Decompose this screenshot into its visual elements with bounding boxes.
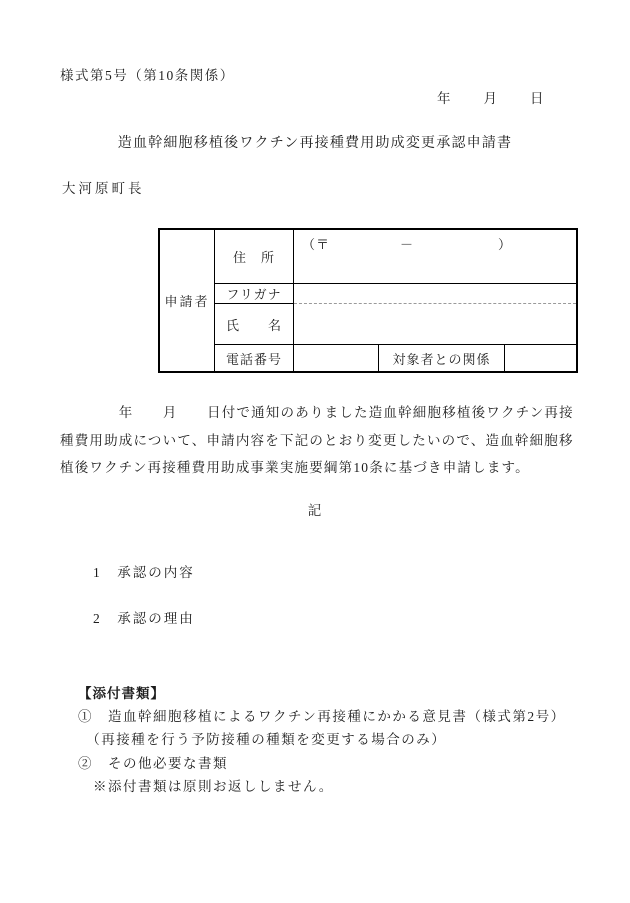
applicant-table: 申請者 住 所 （〒 － ） フリガナ 氏 名 電話番号 対象者との関係 — [158, 228, 578, 373]
ki-heading: 記 — [0, 499, 630, 519]
body-line: 種費用助成について、申請内容を下記のとおり変更したいので、造血幹細胞移 — [60, 427, 574, 455]
furigana-row: フリガナ — [215, 284, 576, 304]
attachment-line: ① 造血幹細胞移植によるワクチン再接種にかかる意見書（様式第2号） — [78, 705, 578, 728]
address-field: （〒 － ） — [294, 230, 576, 283]
name-row: 氏 名 — [215, 304, 576, 345]
phone-field — [294, 345, 379, 371]
phone-label: 電話番号 — [215, 345, 294, 371]
list-item-approval-content: 1 承認の内容 — [93, 561, 195, 581]
phone-row: 電話番号 対象者との関係 — [215, 345, 576, 371]
address-row: 住 所 （〒 － ） — [215, 230, 576, 284]
applicant-group-label: 申請者 — [160, 230, 215, 371]
document-page: 様式第5号（第10条関係） 年 月 日 造血幹細胞移植後ワクチン再接種費用助成変… — [0, 0, 630, 903]
furigana-field — [294, 284, 576, 304]
page-title: 造血幹細胞移植後ワクチン再接種費用助成変更承認申請書 — [0, 132, 630, 152]
attachment-line: ※添付書類は原則お返ししません。 — [78, 775, 578, 798]
body-line: 年 月 日付で通知のありました造血幹細胞移植後ワクチン再接 — [60, 399, 574, 427]
address-label: 住 所 — [215, 230, 294, 283]
name-label: 氏 名 — [215, 304, 294, 344]
date-line: 年 月 日 — [437, 87, 546, 107]
form-number: 様式第5号（第10条関係） — [60, 64, 235, 84]
furigana-label: フリガナ — [215, 284, 294, 304]
postal-code-placeholder: （〒 － ） — [294, 230, 576, 253]
attachment-line: ② その他必要な書類 — [78, 752, 578, 775]
relation-field — [505, 345, 576, 371]
body-paragraph: 年 月 日付で通知のありました造血幹細胞移植後ワクチン再接 種費用助成について、… — [60, 399, 574, 482]
attachments-section: 【添付書類】 ① 造血幹細胞移植によるワクチン再接種にかかる意見書（様式第2号）… — [78, 682, 578, 798]
addressee-mayor: 大河原町長 — [62, 177, 145, 197]
relation-label: 対象者との関係 — [379, 345, 505, 371]
applicant-fields: 住 所 （〒 － ） フリガナ 氏 名 電話番号 対象者との関係 — [215, 230, 576, 371]
body-line: 植後ワクチン再接種費用助成事業実施要綱第10条に基づき申請します。 — [60, 454, 574, 482]
name-field — [294, 304, 576, 344]
list-item-approval-reason: 2 承認の理由 — [93, 607, 195, 627]
attachments-heading: 【添付書類】 — [78, 682, 578, 705]
attachment-line: （再接種を行う予防接種の種類を変更する場合のみ） — [78, 728, 578, 751]
